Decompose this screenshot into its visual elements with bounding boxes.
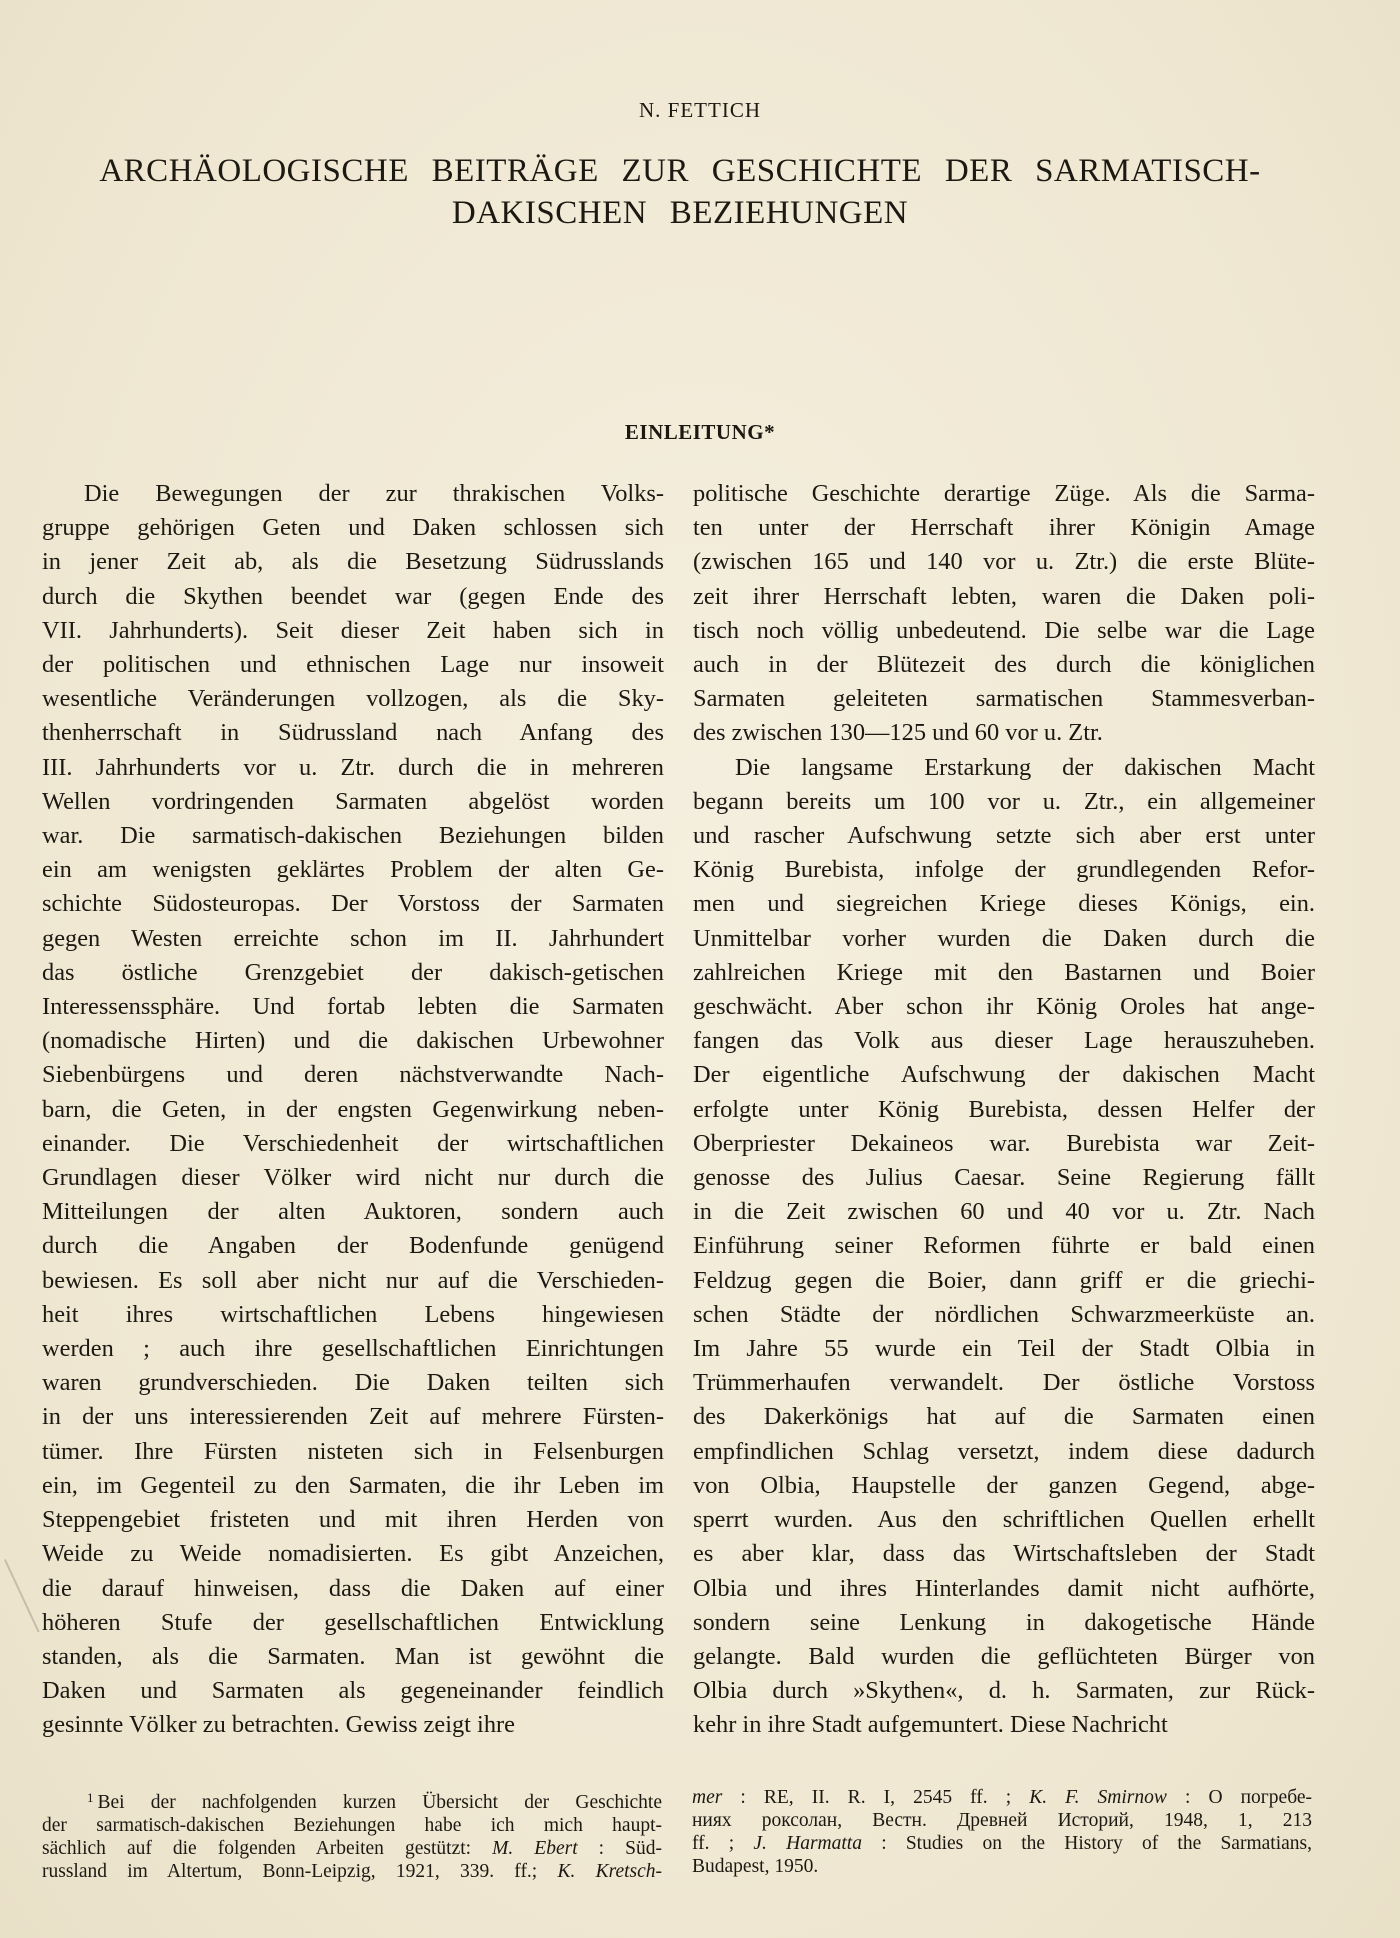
text-line: standen, als die Sarmaten. Man ist gewöh… <box>42 1640 664 1674</box>
footnote-line: sächlich auf die folgenden Arbeiten gest… <box>42 1837 662 1860</box>
footnote-line: russland im Altertum, Bonn-Leipzig, 1921… <box>42 1860 662 1883</box>
text-line: sondern seine Lenkung in dakogetische Hä… <box>693 1606 1315 1640</box>
footnote-author: K. Kretsch- <box>557 1861 662 1882</box>
text-line: bewiesen. Es soll aber nicht nur auf die… <box>42 1264 664 1298</box>
text-line: thenherrschaft in Südrussland nach Anfan… <box>42 716 664 750</box>
text-line: werden ; auch ihre gesellschaftlichen Ei… <box>42 1332 664 1366</box>
text-line: ein am wenigsten geklärtes Problem der a… <box>42 853 664 887</box>
footnote-line: ff. ; J. Harmatta : Studies on the Histo… <box>692 1832 1312 1855</box>
text-line: schen Städte der nördlichen Schwarzmeerk… <box>693 1298 1315 1332</box>
text-line: (nomadische Hirten) und die dakischen Ur… <box>42 1024 664 1058</box>
text-line: erfolgte unter König Burebista, dessen H… <box>693 1093 1315 1127</box>
article-title-line-1: ARCHÄOLOGISCHE BEITRÄGE ZUR GESCHICHTE D… <box>40 150 1320 192</box>
footnote-author: M. Ebert <box>492 1838 578 1859</box>
text-line: tümer. Ihre Fürsten nisteten sich in Fel… <box>42 1435 664 1469</box>
text-line: die darauf hinweisen, dass die Daken auf… <box>42 1572 664 1606</box>
text-line: gesinnte Völker zu betrachten. Gewiss ze… <box>42 1708 664 1742</box>
text-line: einander. Die Verschiedenheit der wirtsc… <box>42 1127 664 1161</box>
footnote-right-column: mer : RE, II. R. I, 2545 ff. ; K. F. Smi… <box>692 1786 1312 1878</box>
article-title-line-2: DAKISCHEN BEZIEHUNGEN <box>40 192 1320 234</box>
text-line: fangen das Volk aus dieser Lage herauszu… <box>693 1024 1315 1058</box>
text-line: Steppengebiet fristeten und mit ihren He… <box>42 1503 664 1537</box>
text-line: zahlreichen Kriege mit den Bastarnen und… <box>693 956 1315 990</box>
footnote-author: K. F. Smirnow <box>1029 1787 1167 1808</box>
text-line: Die langsame Erstarkung der dakischen Ma… <box>693 751 1315 785</box>
text-line: Olbia durch »Skythen«, d. h. Sarmaten, z… <box>693 1674 1315 1708</box>
text-line: VII. Jahrhunderts). Seit dieser Zeit hab… <box>42 614 664 648</box>
text-line: und rascher Aufschwung setzte sich aber … <box>693 819 1315 853</box>
article-title: ARCHÄOLOGISCHE BEITRÄGE ZUR GESCHICHTE D… <box>40 150 1320 234</box>
text-line: tisch noch völlig unbedeutend. Die selbe… <box>693 614 1315 648</box>
text-line: Grundlagen dieser Völker wird nicht nur … <box>42 1161 664 1195</box>
text-line: des zwischen 130—125 und 60 vor u. Ztr. <box>693 716 1315 750</box>
text-line: Interessenssphäre. Und fortab lebten die… <box>42 990 664 1024</box>
text-line: gruppe gehörigen Geten und Daken schloss… <box>42 511 664 545</box>
text-line: von Olbia, Haupstelle der ganzen Gegend,… <box>693 1469 1315 1503</box>
text-line: genosse des Julius Caesar. Seine Regieru… <box>693 1161 1315 1195</box>
footnote-line: 1Bei der nachfolgenden kurzen Übersicht … <box>42 1786 662 1814</box>
text-line: ten unter der Herrschaft ihrer Königin A… <box>693 511 1315 545</box>
footnote-author: mer <box>692 1787 722 1808</box>
text-line: Weide zu Weide nomadisierten. Es gibt An… <box>42 1537 664 1571</box>
text-line: men und siegreichen Kriege dieses Königs… <box>693 887 1315 921</box>
text-line: Der eigentliche Aufschwung der dakischen… <box>693 1058 1315 1092</box>
text-line: Mitteilungen der alten Auktoren, sondern… <box>42 1195 664 1229</box>
text-line: geschwächt. Aber schon ihr König Oroles … <box>693 990 1315 1024</box>
text-line: Trümmerhaufen verwandelt. Der östliche V… <box>693 1366 1315 1400</box>
text-line: König Burebista, infolge der grundlegend… <box>693 853 1315 887</box>
footnote-author: J. Harmatta <box>753 1833 862 1854</box>
text-line: gelangte. Bald wurden die geflüchteten B… <box>693 1640 1315 1674</box>
text-line: politische Geschichte derartige Züge. Al… <box>693 477 1315 511</box>
text-line: Olbia und ihres Hinterlandes damit nicht… <box>693 1572 1315 1606</box>
text-line: Einführung seiner Reformen führte er bal… <box>693 1229 1315 1263</box>
author-name: N. FETTICH <box>0 98 1400 123</box>
text-line: barn, die Geten, in der engsten Gegenwir… <box>42 1093 664 1127</box>
scanned-page: N. FETTICH ARCHÄOLOGISCHE BEITRÄGE ZUR G… <box>0 0 1400 1938</box>
text-line: war. Die sarmatisch-dakischen Beziehunge… <box>42 819 664 853</box>
text-line: wesentliche Veränderungen vollzogen, als… <box>42 682 664 716</box>
text-line: ein, im Gegenteil zu den Sarmaten, die i… <box>42 1469 664 1503</box>
footnote-line: Budapest, 1950. <box>692 1855 1312 1878</box>
text-line: gegen Westen erreichte schon im II. Jahr… <box>42 922 664 956</box>
text-line: zeit ihrer Herrschaft lebten, waren die … <box>693 580 1315 614</box>
text-line: Unmittelbar vorher wurden die Daken durc… <box>693 922 1315 956</box>
text-line: waren grundverschieden. Die Daken teilte… <box>42 1366 664 1400</box>
text-line: auch in der Blütezeit des durch die köni… <box>693 648 1315 682</box>
text-line: Daken und Sarmaten als gegeneinander fei… <box>42 1674 664 1708</box>
text-line: III. Jahrhunderts vor u. Ztr. durch die … <box>42 751 664 785</box>
text-line: in die Zeit zwischen 60 und 40 vor u. Zt… <box>693 1195 1315 1229</box>
text-line: (zwischen 165 und 140 vor u. Ztr.) die e… <box>693 545 1315 579</box>
text-line: in der uns interessierenden Zeit auf meh… <box>42 1400 664 1434</box>
text-line: heit ihres wirtschaftlichen Lebens hinge… <box>42 1298 664 1332</box>
text-line: Oberpriester Dekaineos war. Burebista wa… <box>693 1127 1315 1161</box>
text-line: Die Bewegungen der zur thrakischen Volks… <box>42 477 664 511</box>
text-line: höheren Stufe der gesellschaftlichen Ent… <box>42 1606 664 1640</box>
text-line: in jener Zeit ab, als die Besetzung Südr… <box>42 545 664 579</box>
text-line: Wellen vordringenden Sarmaten abgelöst w… <box>42 785 664 819</box>
text-line: begann bereits um 100 vor u. Ztr., ein a… <box>693 785 1315 819</box>
scan-artifact-line <box>4 1559 40 1632</box>
footnote-line: der sarmatisch-dakischen Beziehungen hab… <box>42 1814 662 1837</box>
text-line: durch die Angaben der Bodenfunde genügen… <box>42 1229 664 1263</box>
text-line: das östliche Grenzgebiet der dakisch-get… <box>42 956 664 990</box>
footnote-left-column: 1Bei der nachfolgenden kurzen Übersicht … <box>42 1786 662 1883</box>
right-text-column: politische Geschichte derartige Züge. Al… <box>693 477 1315 1743</box>
footnote-line: ниях роксолан, Вестн. Древней Историй, 1… <box>692 1809 1312 1832</box>
text-line: Feldzug gegen die Boier, dann griff er d… <box>693 1264 1315 1298</box>
left-text-column: Die Bewegungen der zur thrakischen Volks… <box>42 477 664 1743</box>
text-line: der politischen und ethnischen Lage nur … <box>42 648 664 682</box>
text-line: durch die Skythen beendet war (gegen End… <box>42 580 664 614</box>
text-line: des Dakerkönigs hat auf die Sarmaten ein… <box>693 1400 1315 1434</box>
text-line: Siebenbürgens und deren nächstverwandte … <box>42 1058 664 1092</box>
text-line: schichte Südosteuropas. Der Vorstoss der… <box>42 887 664 921</box>
text-line: es aber klar, dass das Wirtschaftsleben … <box>693 1537 1315 1571</box>
footnote-line: mer : RE, II. R. I, 2545 ff. ; K. F. Smi… <box>692 1786 1312 1809</box>
text-line: sperrt wurden. Aus den schriftlichen Que… <box>693 1503 1315 1537</box>
text-line: kehr in ihre Stadt aufgemuntert. Diese N… <box>693 1708 1315 1742</box>
footnote-marker: 1 <box>87 1790 94 1805</box>
text-line: Im Jahre 55 wurde ein Teil der Stadt Olb… <box>693 1332 1315 1366</box>
text-line: empfindlichen Schlag versetzt, indem die… <box>693 1435 1315 1469</box>
section-heading: EINLEITUNG* <box>0 420 1400 445</box>
text-line: Sarmaten geleiteten sarmatischen Stammes… <box>693 682 1315 716</box>
